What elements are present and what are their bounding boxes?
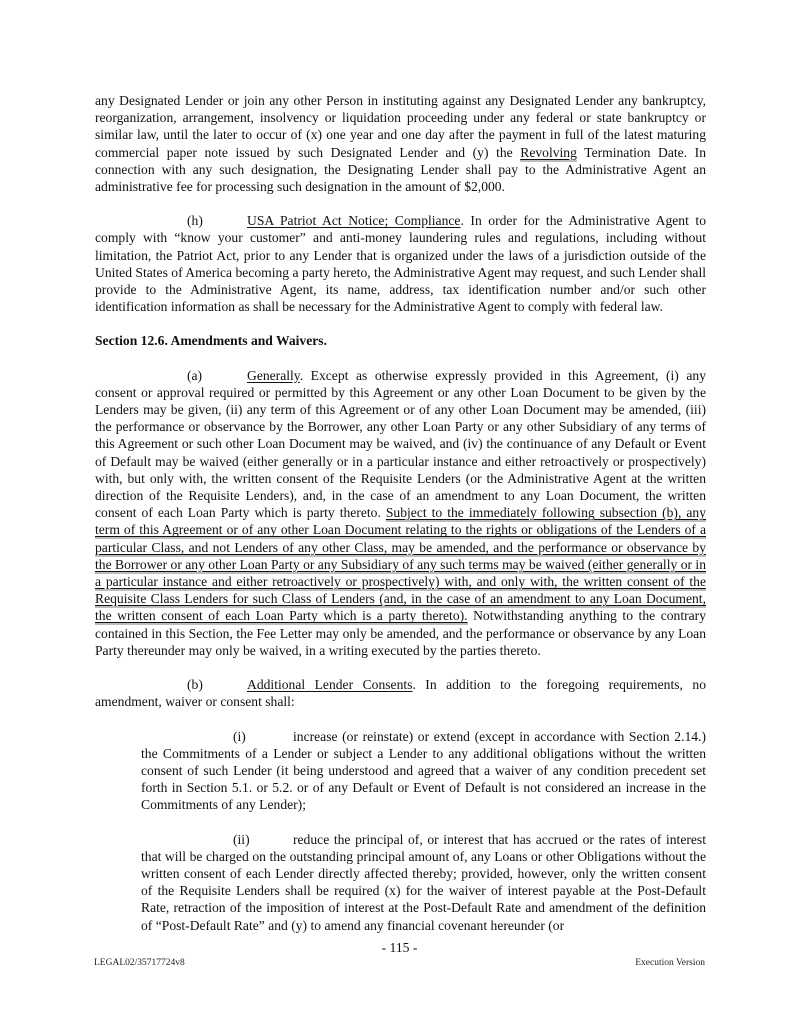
continuation-paragraph: any Designated Lender or join any other … [95, 92, 706, 195]
paragraph-b: (b)Additional Lender Consents. In additi… [95, 676, 706, 710]
page-number: - 115 - [0, 940, 799, 956]
subparagraph-label: (ii) [233, 831, 293, 848]
subparagraph-i: (i)increase (or reinstate) or extend (ex… [141, 728, 706, 814]
defined-term-revolving: Revolving [520, 145, 577, 162]
paragraph-label: (b) [187, 676, 247, 693]
paragraph-heading: Additional Lender Consents [247, 677, 412, 692]
paragraph-label: (a) [187, 367, 247, 384]
paragraph-heading: USA Patriot Act Notice; Compliance [247, 213, 460, 228]
section-title: Section 12.6. Amendments and Waivers. [95, 332, 706, 349]
paragraph-label: (h) [187, 212, 247, 229]
paragraph-heading: Generally [247, 368, 300, 383]
version-label: Execution Version [635, 958, 705, 968]
paragraph-h: (h)USA Patriot Act Notice; Compliance. I… [95, 212, 706, 315]
subparagraph-ii: (ii)reduce the principal of, or interest… [141, 831, 706, 934]
subparagraph-label: (i) [233, 728, 293, 745]
paragraph-a: (a)Generally. Except as otherwise expres… [95, 367, 706, 659]
document-id: LEGAL02/35717724v8 [94, 958, 185, 968]
document-page: any Designated Lender or join any other … [95, 92, 706, 951]
